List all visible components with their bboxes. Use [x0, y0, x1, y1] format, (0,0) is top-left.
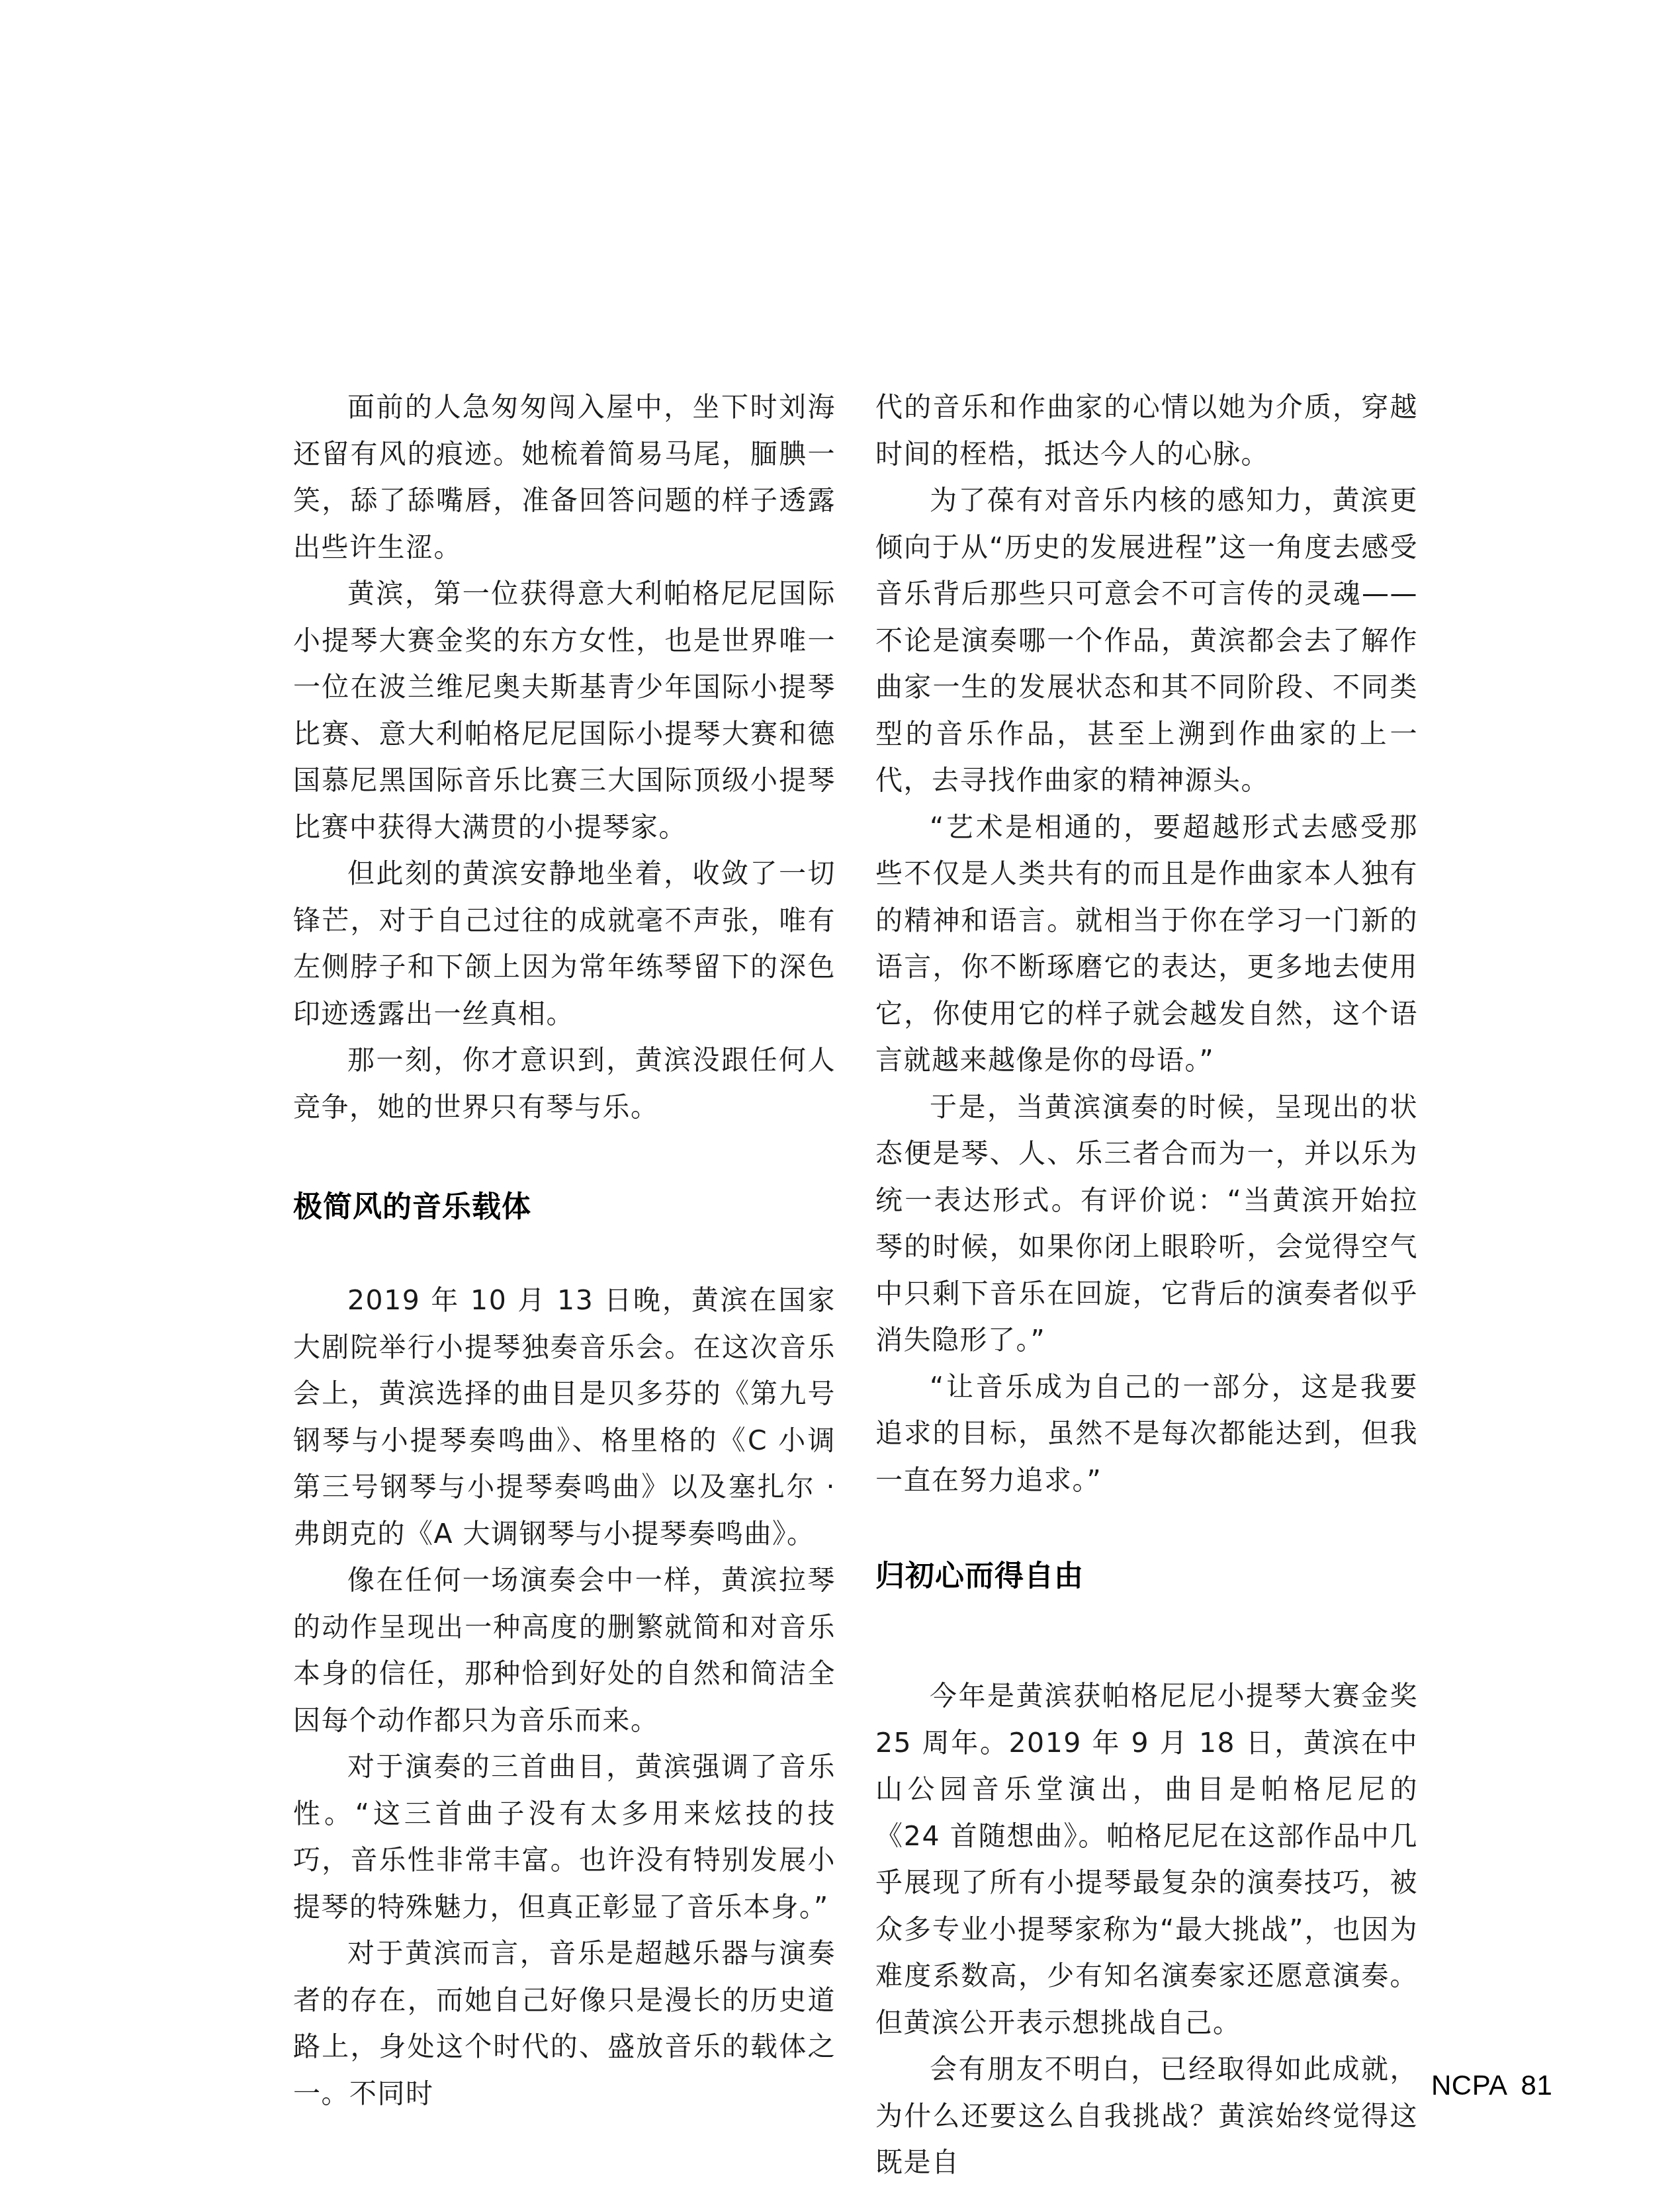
paragraph-history: 为了葆有对音乐内核的感知力，黄滨更倾向于从“历史的发展进程”这一角度去感受音乐背… [875, 477, 1418, 804]
paragraph-performance-style: 像在任何一场演奏会中一样，黄滨拉琴的动作呈现出一种高度的删繁就简和对音乐本身的信… [293, 1557, 836, 1743]
paragraph-goal-quote: “让音乐成为自己的一部分，这是我要追求的目标，虽然不是每次都能达到，但我一直在努… [875, 1364, 1418, 1504]
article-column-right: 代的音乐和作曲家的心情以她为介质，穿越时间的桎梏，抵达今人的心脉。 为了葆有对音… [875, 384, 1418, 2186]
paragraph-calm: 但此刻的黄滨安静地坐着，收敛了一切锋芒，对于自己过往的成就毫不声张，唯有左侧脖子… [293, 850, 836, 1037]
paragraph-musicality: 对于演奏的三首曲目，黄滨强调了音乐性。“这三首曲子没有太多用来炫技的技巧，音乐性… [293, 1743, 836, 1930]
section-heading-freedom: 归初心而得自由 [875, 1553, 1418, 1600]
article-column-left: 面前的人急匆匆闯入屋中，坐下时刘海还留有风的痕迹。她梳着简易马尾，腼腆一笑，舔了… [293, 384, 836, 2117]
paragraph-carrier-continued: 代的音乐和作曲家的心情以她为介质，穿越时间的桎梏，抵达今人的心脉。 [875, 384, 1418, 477]
paragraph-challenge: 会有朋友不明白，已经取得如此成就，为什么还要这么自我挑战？黄滨始终觉得这既是自 [875, 2046, 1418, 2186]
paragraph-concert: 2019 年 10 月 13 日晚，黄滨在国家大剧院举行小提琴独奏音乐会。在这次… [293, 1277, 836, 1557]
page-footer: NCPA81 [1431, 2070, 1552, 2101]
page-number: 81 [1521, 2070, 1553, 2101]
paragraph-realization: 那一刻，你才意识到，黄滨没跟任何人竞争，她的世界只有琴与乐。 [293, 1037, 836, 1130]
paragraph-art-quote: “艺术是相通的，要超越形式去感受那些不仅是人类共有的而且是作曲家本人独有的精神和… [875, 804, 1418, 1084]
paragraph-anniversary: 今年是黄滨获帕格尼尼小提琴大赛金奖 25 周年。2019 年 9 月 18 日，… [875, 1673, 1418, 2046]
paragraph-intro: 面前的人急匆匆闯入屋中，坐下时刘海还留有风的痕迹。她梳着简易马尾，腼腆一笑，舔了… [293, 384, 836, 570]
paragraph-carrier: 对于黄滨而言，音乐是超越乐器与演奏者的存在，而她自己好像只是漫长的历史道路上，身… [293, 1930, 836, 2117]
paragraph-biography: 黄滨，第一位获得意大利帕格尼尼国际小提琴大赛金奖的东方女性，也是世界唯一一位在波… [293, 570, 836, 850]
paragraph-unity: 于是，当黄滨演奏的时候，呈现出的状态便是琴、人、乐三者合而为一，并以乐为统一表达… [875, 1084, 1418, 1364]
magazine-name: NCPA [1431, 2070, 1508, 2101]
section-heading-minimalist: 极简风的音乐载体 [293, 1184, 836, 1231]
